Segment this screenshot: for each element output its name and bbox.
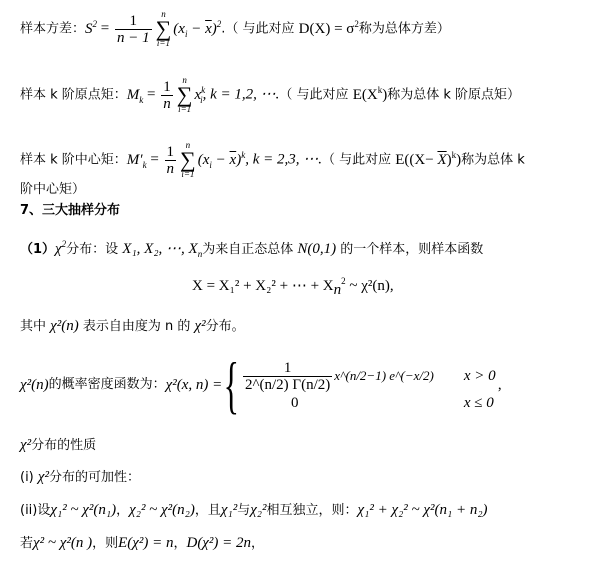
chi2-properties-heading: χ²分布的性质 [20, 437, 96, 454]
raw-moment-line: 样本 k 阶原点矩：Mk = 1nn∑i=1xki, k = 1,2, ⋯.（ … [20, 76, 520, 114]
central-moment-label: 样本 k 阶中心矩： [20, 153, 127, 168]
summation-icon: n∑i=1 [177, 76, 193, 114]
chi2-pdf-line: χ²(n)的概率密度函数为：χ²(x, n) = { 12^(n/2) Γ(n/… [20, 350, 502, 420]
chi2-definition-formula: X = X₁² + X₂² + ⋯ + Xn2 ~ χ²(n), [192, 273, 394, 298]
fraction: 1n − 1 [115, 13, 152, 46]
summation-icon: n∑i=1 [156, 10, 172, 48]
population-variance-formula: D(X) = σ2 [299, 21, 359, 37]
sample-variance-body: (xi − x)2 [173, 21, 221, 37]
summation-icon: n∑i=1 [180, 141, 196, 179]
chi2-intro-line: （1）χ2分布：设 X₁, X₂, ⋯, Xn为来自正态总体 N(0,1) 的一… [20, 236, 483, 262]
property-additivity-statement: (ii)设χ₁² ~ χ²(n₁)，χ₂² ~ χ²(n₂)，且χ₁²与χ₂²相… [20, 502, 488, 519]
pdf-cases: 12^(n/2) Γ(n/2) x^(n/2−1) e^(−x/2) x > 0… [241, 360, 494, 411]
fraction: 1n [165, 144, 177, 177]
sample-variance-lhs: S2 [85, 21, 97, 37]
fraction: 1n [161, 79, 173, 112]
sample-variance-line: 样本方差：S2 = 1n − 1n∑i=1(xi − x)2.（ 与此对应 D(… [20, 10, 450, 48]
chi2-meaning-line: 其中 χ²(n) 表示自由度为 n 的 χ²分布。 [20, 318, 245, 335]
central-moment-line: 样本 k 阶中心矩：M′k = 1nn∑i=1(xi − x)k, k = 2,… [20, 141, 525, 179]
left-brace-icon: { [224, 353, 239, 417]
property-mean-variance: 若χ² ~ χ²(n )，则E(χ²) = n，D(χ²) = 2n， [20, 535, 264, 552]
raw-moment-label: 样本 k 阶原点矩： [20, 88, 127, 103]
sample-variance-label: 样本方差： [20, 22, 85, 37]
sample-variance-note: （ 与此对应 [225, 22, 298, 37]
property-additivity: (i) χ²分布的可加性： [20, 469, 140, 486]
section-heading: 7、三大抽样分布 [20, 203, 120, 219]
central-moment-continuation: 阶中心矩） [20, 182, 85, 198]
item-label: （1） [20, 242, 55, 257]
